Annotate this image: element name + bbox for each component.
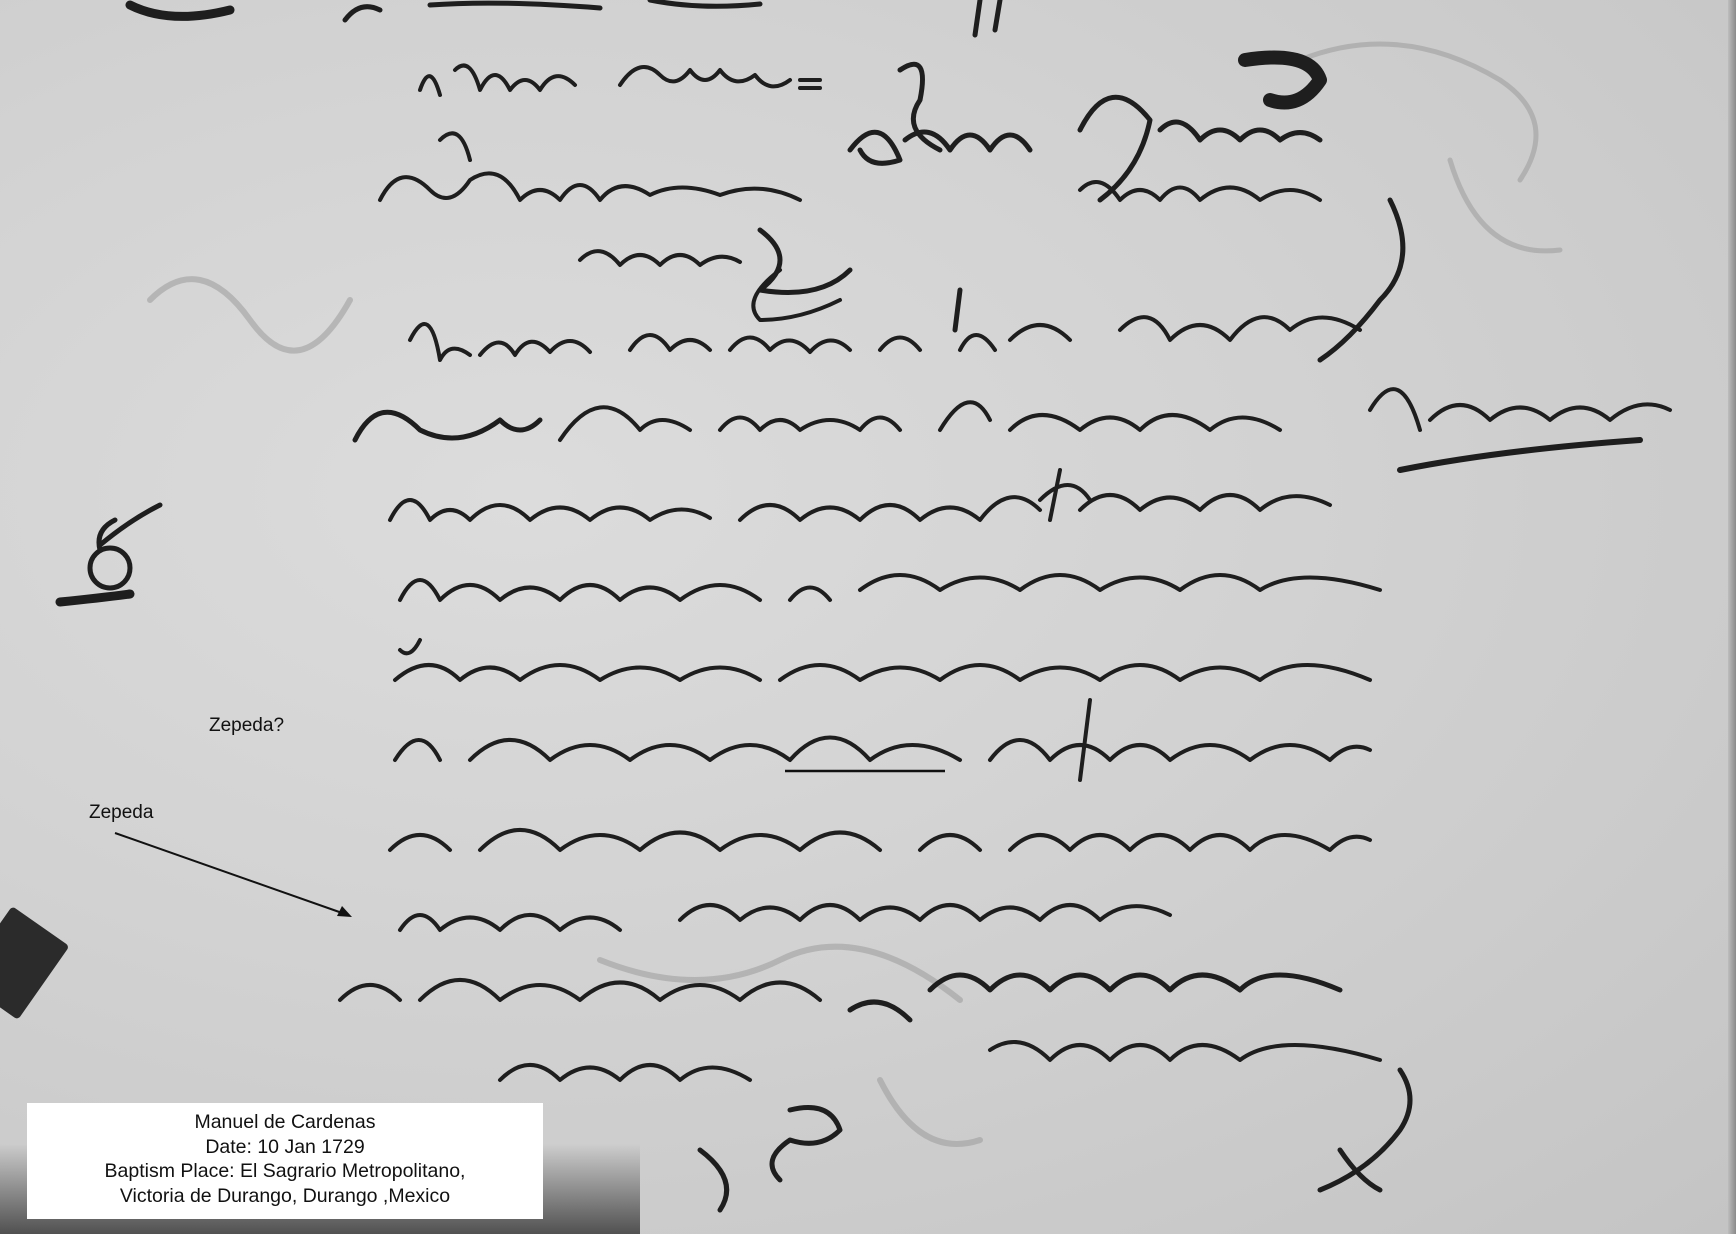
line-top-partial: [130, 0, 1000, 35]
entry-body: [340, 290, 1670, 1210]
caption-place-line1: Baptism Place: El Sagrario Metropolitano…: [27, 1159, 543, 1184]
annotation-zepeda-uncertain: Zepeda?: [209, 716, 284, 735]
entry-number-mark: [60, 505, 160, 602]
caption-date: Date: 10 Jan 1729: [27, 1135, 543, 1160]
arrow-icon: [115, 833, 352, 917]
caption-place-line2: Victoria de Durango, Durango ,Mexico: [27, 1184, 543, 1209]
bleed-through: [150, 44, 1560, 1144]
signature-block-1: [380, 58, 1403, 361]
annotation-zepeda: Zepeda: [89, 803, 153, 822]
record-caption-box: Manuel de Cardenas Date: 10 Jan 1729 Bap…: [27, 1103, 543, 1219]
caption-name: Manuel de Cardenas: [27, 1110, 543, 1135]
handwritten-script: [0, 0, 1736, 1234]
